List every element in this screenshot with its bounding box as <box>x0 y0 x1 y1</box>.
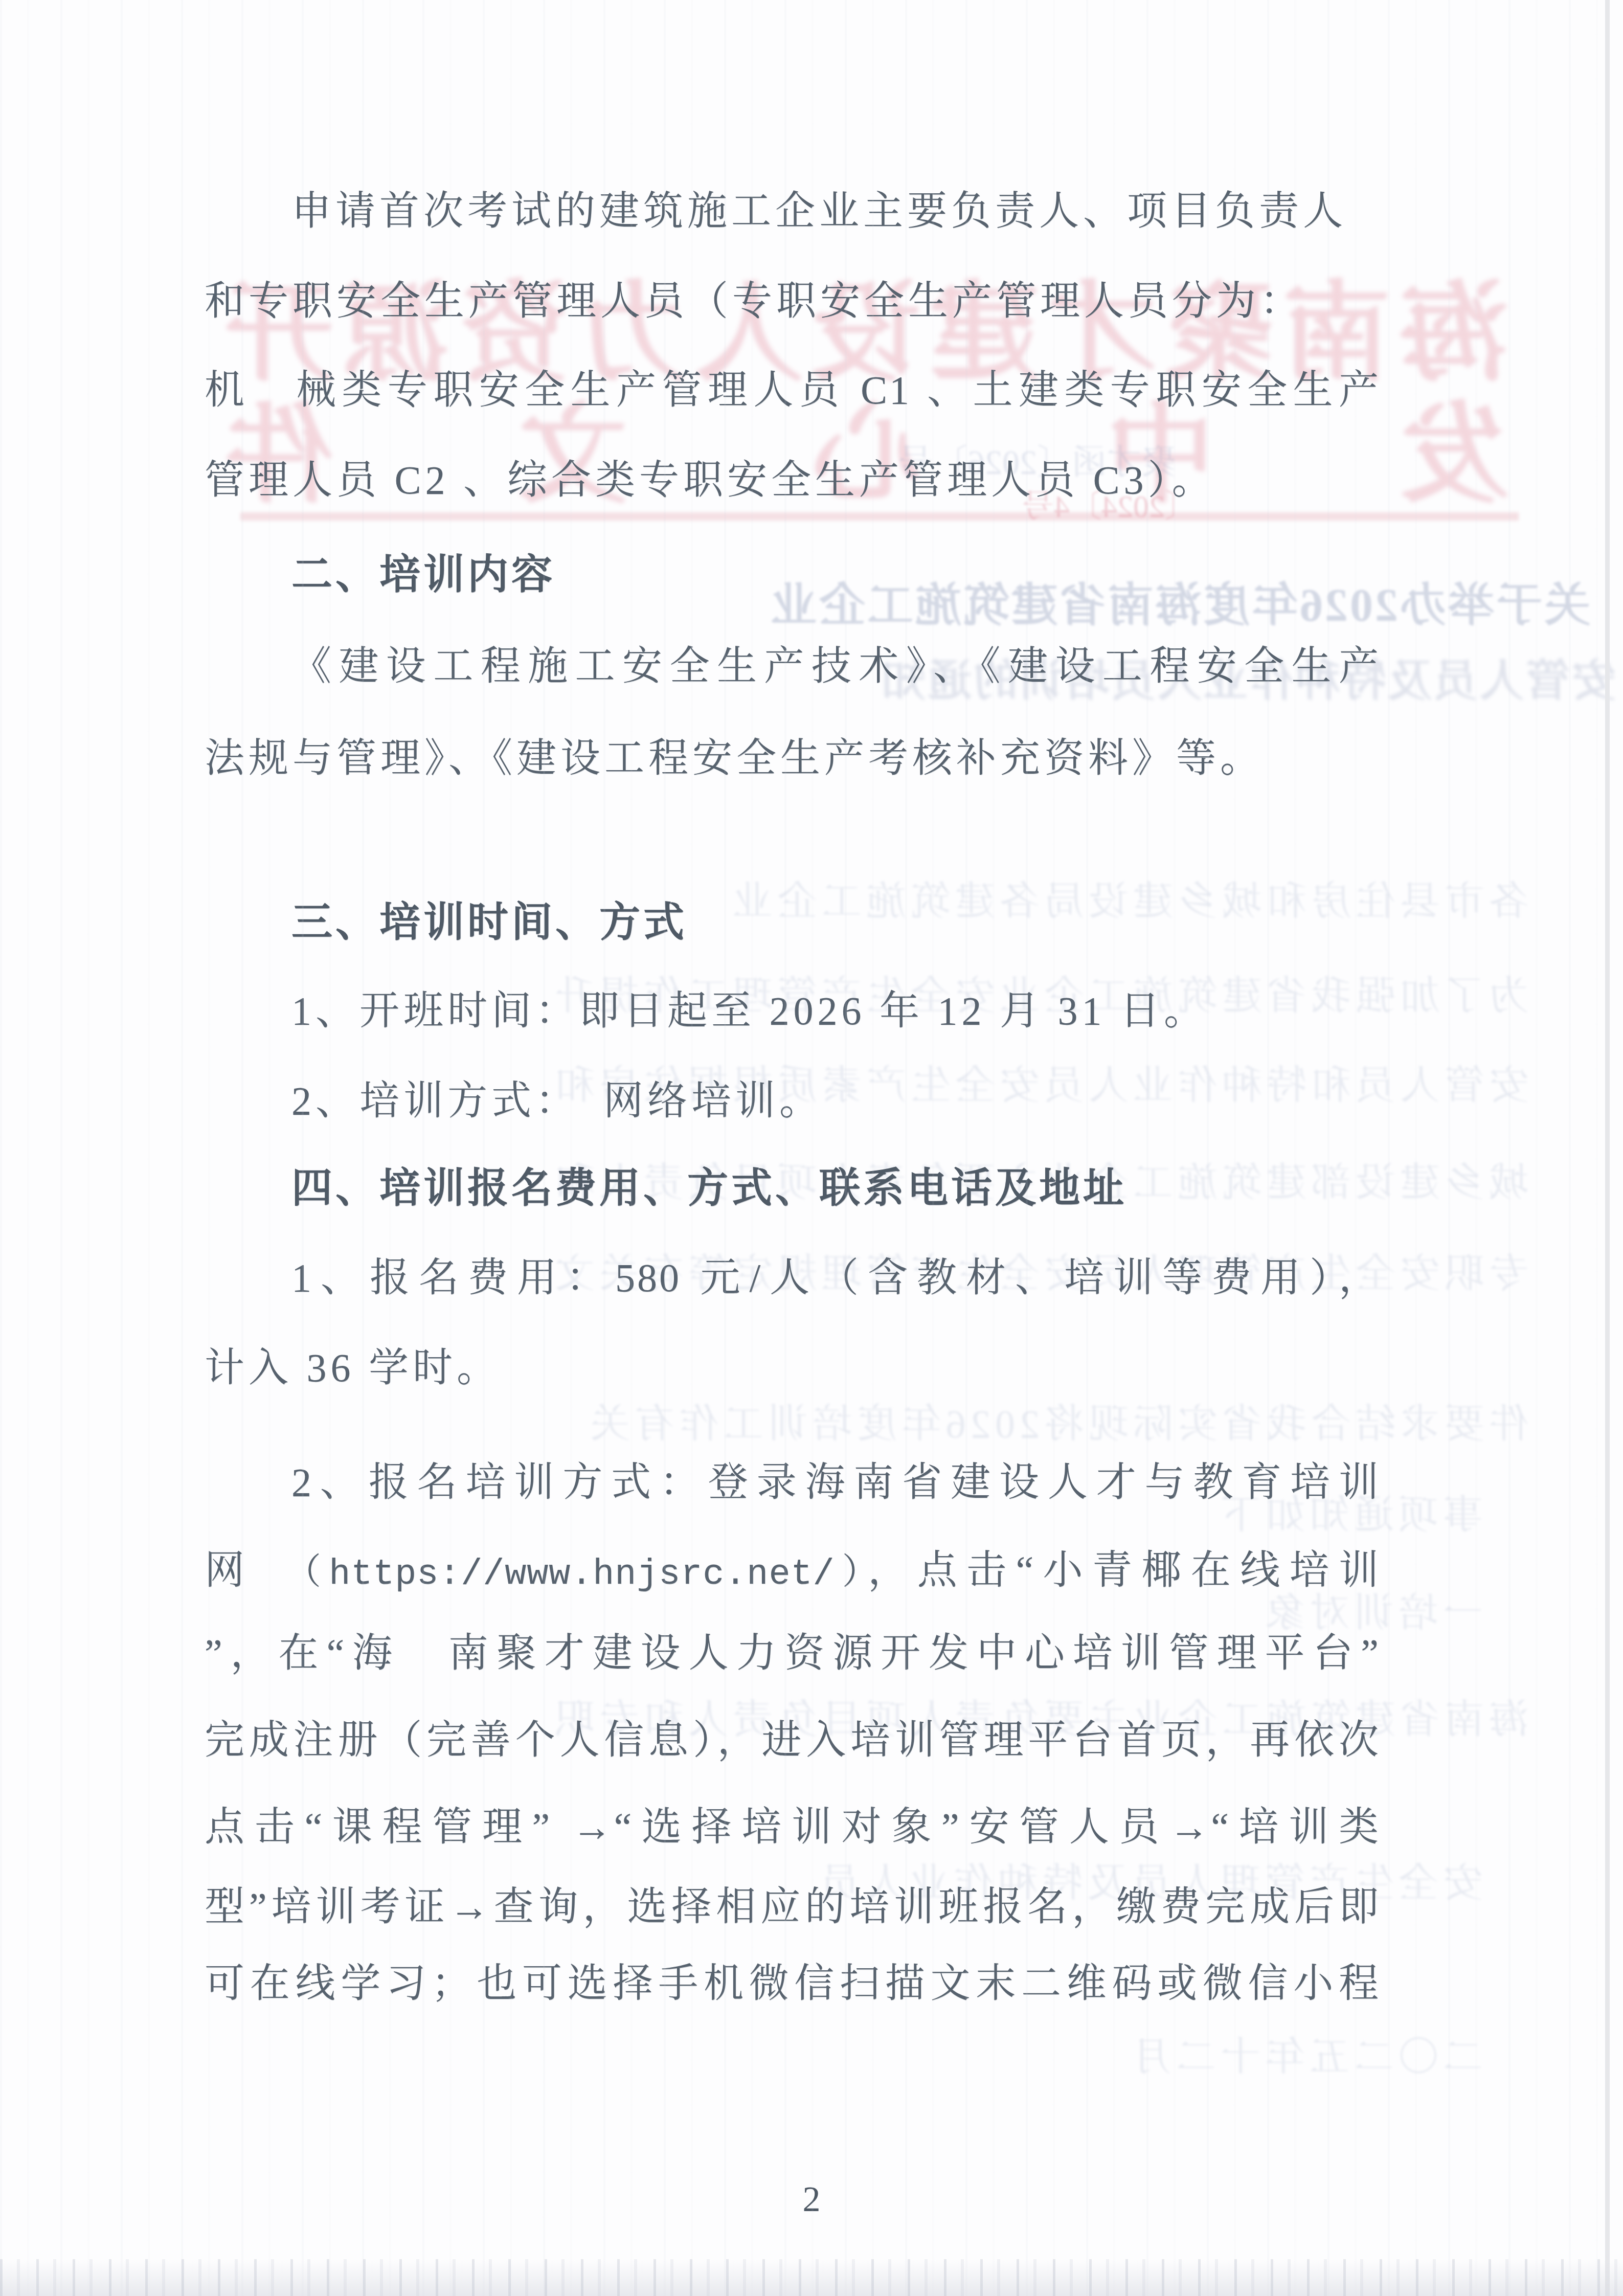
doc-line-s3-1: 1、开班时间：即日起至 2026 年 12 月 31 日。 <box>205 990 1381 1052</box>
page-number: 2 <box>0 2179 1623 2220</box>
doc-line-s2-2: 法规与管理》、《建设工程安全生产考核补充资料》等。 <box>205 737 1381 800</box>
scanned-document-page: 海南聚才建设人力资源开发中心文件 〔2024〕4号 聚才函〔2026〕号 关于举… <box>0 0 1623 2296</box>
training-site-url: （https://www.hnjsrc.net/） <box>303 1555 868 1595</box>
doc-line-s3-2: 2、培训方式： 网络培训。 <box>205 1080 1381 1142</box>
scanner-bottom-band <box>0 2259 1623 2296</box>
section-heading-3: 三、培训时间、方式 <box>205 901 1381 963</box>
doc-line-s4-5: ”，在“海 南聚才建设人力资源开发中心培训管理平台” <box>205 1632 1381 1695</box>
doc-line-s4-4: 网 （https://www.hnjsrc.net/），点击“小青椰在线培训 <box>205 1549 1381 1612</box>
doc-line-s4-9: 可在线学习；也可选择手机微信扫描文末二维码或微信小程 <box>205 1963 1381 2025</box>
doc-text-net: 网 <box>205 1548 303 1592</box>
doc-line-s4-7: 点击“课程管理” →“选择培训对象”安管人员→“培训类 <box>205 1806 1381 1869</box>
doc-line-s4-6: 完成注册（完善个人信息），进入培训管理平台首页，再依次 <box>205 1719 1381 1782</box>
page-edge-shadow <box>1605 0 1610 2296</box>
doc-line-p1-4: 管理人员 C2 、综合类专职安全生产管理人员 C3）。 <box>205 459 1381 522</box>
doc-line-p1-2: 和专职安全生产管理人员（专职安全生产管理人员分为： <box>205 280 1381 343</box>
doc-line-p1-3: 机 械类专职安全生产管理人员 C1 、土建类专职安全生产 <box>205 369 1381 432</box>
doc-line-s4-1: 1、报名费用：580 元/人（含教材、培训等费用）， <box>205 1257 1381 1319</box>
doc-line-s4-8: 型”培训考证→查询，选择相应的培训班报名，缴费完成后即 <box>205 1886 1381 1948</box>
doc-line-s4-3: 2、报名培训方式：登录海南省建设人才与教育培训 <box>205 1461 1381 1524</box>
doc-line-s4-2: 计入 36 学时。 <box>205 1347 1381 1409</box>
section-heading-4: 四、培训报名费用、方式、联系电话及地址 <box>205 1167 1381 1229</box>
scanner-streaks <box>0 0 1623 2296</box>
section-heading-2: 二、培训内容 <box>205 553 1381 616</box>
bleed-through-body-line: 二〇二五年十二月 <box>614 2025 1483 2082</box>
doc-line-p1-1: 申请首次考试的建筑施工企业主要负责人、项目负责人 <box>205 190 1381 253</box>
doc-line-s2-1: 《建设工程施工安全生产技术》、《建设工程安全生产 <box>205 645 1381 708</box>
doc-text-after-url: ，点击“小青椰在线培训 <box>868 1548 1381 1592</box>
